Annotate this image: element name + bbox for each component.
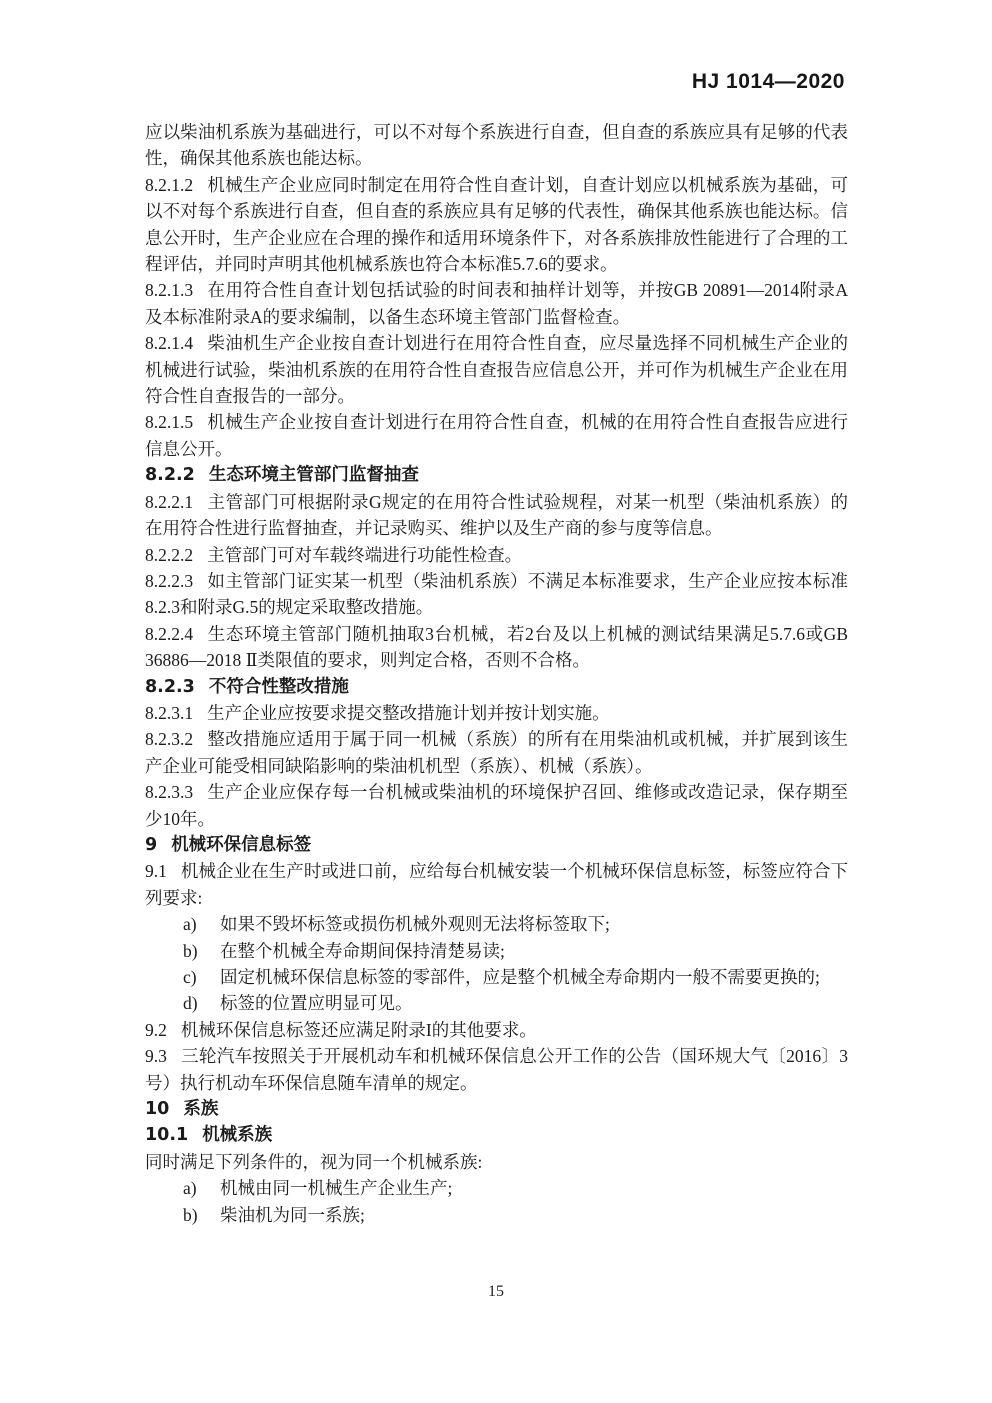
document-page: HJ 1014—2020 应以柴油机系族为基础进行，可以不对每个系族进行自查，但… bbox=[0, 0, 992, 1403]
clause-8-2-1-3: 8.2.1.3在用符合性自查计划包括试验的时间表和抽样计划等，并按GB 2089… bbox=[145, 277, 848, 330]
clause-8-2-3-3: 8.2.3.3生产企业应保存每一台机械或柴油机的环境保护召回、维修或改造记录，保… bbox=[145, 779, 848, 832]
clause-8-2-1-4: 8.2.1.4柴油机生产企业按自查计划进行在用符合性自查，应尽量选择不同机械生产… bbox=[145, 330, 848, 409]
list-item-label: b) bbox=[183, 938, 220, 964]
heading-section-10: 10系族 bbox=[145, 1096, 848, 1122]
clause-number: 8.2.1.2 bbox=[145, 175, 193, 195]
list-item-text: 固定机械环保信息标签的零部件，应是整个机械全寿命期内一般不需要更换的; bbox=[220, 964, 848, 990]
clause-8-2-3-1: 8.2.3.1生产企业应按要求提交整改措施计划并按计划实施。 bbox=[145, 700, 848, 726]
clause-text: 生产企业应按要求提交整改措施计划并按计划实施。 bbox=[207, 703, 610, 723]
heading-number: 10.1 bbox=[145, 1125, 188, 1145]
list-item-label: a) bbox=[183, 1175, 220, 1201]
list-item-label: b) bbox=[183, 1202, 220, 1228]
heading-number: 8.2.3 bbox=[145, 677, 195, 697]
list-item-label: d) bbox=[183, 990, 220, 1016]
clause-text: 生产企业应保存每一台机械或柴油机的环境保护召回、维修或改造记录，保存期至少10年… bbox=[145, 782, 848, 828]
clause-number: 9.2 bbox=[145, 1020, 167, 1040]
list-item-label: a) bbox=[183, 911, 220, 937]
paragraph-family-conditions: 同时满足下列条件的，视为同一个机械系族: bbox=[145, 1149, 848, 1175]
list-item-text: 标签的位置应明显可见。 bbox=[220, 990, 848, 1016]
clause-text: 主管部门可根据附录G规定的在用符合性试验规程，对某一机型（柴油机系族）的在用符合… bbox=[145, 492, 848, 538]
clause-number: 8.2.1.3 bbox=[145, 280, 193, 300]
clause-text: 整改措施应适用于属于同一机械（系族）的所有在用柴油机或机械，并扩展到该生产企业可… bbox=[145, 729, 848, 775]
clause-text: 在用符合性自查计划包括试验的时间表和抽样计划等，并按GB 20891—2014附… bbox=[145, 280, 848, 326]
clause-number: 9.3 bbox=[145, 1046, 167, 1066]
heading-section-10-1: 10.1机械系族 bbox=[145, 1122, 848, 1148]
list-item-b: b)柴油机为同一系族; bbox=[183, 1202, 848, 1228]
heading-8-2-3: 8.2.3不符合性整改措施 bbox=[145, 674, 848, 700]
clause-text: 如主管部门证实某一机型（柴油机系族）不满足本标准要求，生产企业应按本标准8.2.… bbox=[145, 571, 848, 617]
clause-8-2-2-2: 8.2.2.2主管部门可对车载终端进行功能性检查。 bbox=[145, 542, 848, 568]
doc-code: HJ 1014—2020 bbox=[692, 70, 845, 93]
clause-8-2-2-3: 8.2.2.3如主管部门证实某一机型（柴油机系族）不满足本标准要求，生产企业应按… bbox=[145, 568, 848, 621]
clause-8-2-3-2: 8.2.3.2整改措施应适用于属于同一机械（系族）的所有在用柴油机或机械，并扩展… bbox=[145, 726, 848, 779]
clause-8-2-2-4: 8.2.2.4生态环境主管部门随机抽取3台机械，若2台及以上机械的测试结果满足5… bbox=[145, 621, 848, 674]
heading-number: 9 bbox=[145, 835, 157, 855]
clause-8-2-1-2: 8.2.1.2机械生产企业应同时制定在用符合性自查计划，自查计划应以机械系族为基… bbox=[145, 172, 848, 278]
list-item-a: a)如果不毁坏标签或损伤机械外观则无法将标签取下; bbox=[183, 911, 848, 937]
heading-8-2-2: 8.2.2生态环境主管部门监督抽查 bbox=[145, 462, 848, 488]
clause-8-2-1-5: 8.2.1.5机械生产企业按自查计划进行在用符合性自查，机械的在用符合性自查报告… bbox=[145, 409, 848, 462]
clause-number: 9.1 bbox=[145, 861, 167, 881]
list-item-text: 如果不毁坏标签或损伤机械外观则无法将标签取下; bbox=[220, 911, 848, 937]
heading-number: 8.2.2 bbox=[145, 465, 195, 485]
list-item-d: d)标签的位置应明显可见。 bbox=[183, 990, 848, 1016]
page-header: HJ 1014—2020 bbox=[0, 0, 992, 94]
list-item-c: c)固定机械环保信息标签的零部件，应是整个机械全寿命期内一般不需要更换的; bbox=[183, 964, 848, 990]
heading-text: 系族 bbox=[183, 1099, 218, 1119]
heading-section-9: 9机械环保信息标签 bbox=[145, 832, 848, 858]
paragraph-text: 应以柴油机系族为基础进行，可以不对每个系族进行自查，但自查的系族应具有足够的代表… bbox=[145, 122, 848, 168]
heading-text: 机械环保信息标签 bbox=[171, 835, 311, 855]
clause-number: 8.2.2.4 bbox=[145, 624, 193, 644]
heading-text: 生态环境主管部门监督抽查 bbox=[209, 465, 419, 485]
clause-number: 8.2.2.1 bbox=[145, 492, 193, 512]
list-item-b: b)在整个机械全寿命期间保持清楚易读; bbox=[183, 938, 848, 964]
clause-text: 机械生产企业应同时制定在用符合性自查计划，自查计划应以机械系族为基础，可以不对每… bbox=[145, 175, 848, 274]
paragraph-text: 同时满足下列条件的，视为同一个机械系族: bbox=[145, 1152, 482, 1172]
clause-9-1: 9.1机械企业在生产时或进口前，应给每台机械安装一个机械环保信息标签，标签应符合… bbox=[145, 858, 848, 911]
clause-text: 机械企业在生产时或进口前，应给每台机械安装一个机械环保信息标签，标签应符合下列要… bbox=[145, 861, 848, 907]
clause-number: 8.2.1.5 bbox=[145, 412, 193, 432]
clause-text: 机械生产企业按自查计划进行在用符合性自查，机械的在用符合性自查报告应进行信息公开… bbox=[145, 412, 848, 458]
clause-number: 8.2.3.1 bbox=[145, 703, 193, 723]
list-item-text: 柴油机为同一系族; bbox=[220, 1202, 848, 1228]
list-item-a: a)机械由同一机械生产企业生产; bbox=[183, 1175, 848, 1201]
paragraph-continuation: 应以柴油机系族为基础进行，可以不对每个系族进行自查，但自查的系族应具有足够的代表… bbox=[145, 119, 848, 172]
heading-text: 不符合性整改措施 bbox=[209, 677, 349, 697]
clause-number: 8.2.1.4 bbox=[145, 333, 193, 353]
clause-9-3: 9.3三轮汽车按照关于开展机动车和机械环保信息公开工作的公告（国环规大气〔201… bbox=[145, 1043, 848, 1096]
clause-text: 生态环境主管部门随机抽取3台机械，若2台及以上机械的测试结果满足5.7.6或GB… bbox=[145, 624, 848, 670]
clause-number: 8.2.3.2 bbox=[145, 729, 193, 749]
list-item-text: 机械由同一机械生产企业生产; bbox=[220, 1175, 848, 1201]
clause-number: 8.2.3.3 bbox=[145, 782, 193, 802]
clause-text: 柴油机生产企业按自查计划进行在用符合性自查，应尽量选择不同机械生产企业的机械进行… bbox=[145, 333, 848, 406]
document-content: 应以柴油机系族为基础进行，可以不对每个系族进行自查，但自查的系族应具有足够的代表… bbox=[145, 119, 848, 1228]
list-item-label: c) bbox=[183, 964, 220, 990]
heading-number: 10 bbox=[145, 1099, 169, 1119]
list-item-text: 在整个机械全寿命期间保持清楚易读; bbox=[220, 938, 848, 964]
heading-text: 机械系族 bbox=[202, 1125, 272, 1145]
clause-number: 8.2.2.2 bbox=[145, 545, 193, 565]
clause-text: 三轮汽车按照关于开展机动车和机械环保信息公开工作的公告（国环规大气〔2016〕3… bbox=[145, 1046, 848, 1092]
clause-number: 8.2.2.3 bbox=[145, 571, 193, 591]
clause-text: 机械环保信息标签还应满足附录I的其他要求。 bbox=[181, 1020, 537, 1040]
clause-text: 主管部门可对车载终端进行功能性检查。 bbox=[207, 545, 522, 565]
clause-9-2: 9.2机械环保信息标签还应满足附录I的其他要求。 bbox=[145, 1017, 848, 1043]
page-number: 15 bbox=[0, 1283, 992, 1301]
clause-8-2-2-1: 8.2.2.1主管部门可根据附录G规定的在用符合性试验规程，对某一机型（柴油机系… bbox=[145, 489, 848, 542]
